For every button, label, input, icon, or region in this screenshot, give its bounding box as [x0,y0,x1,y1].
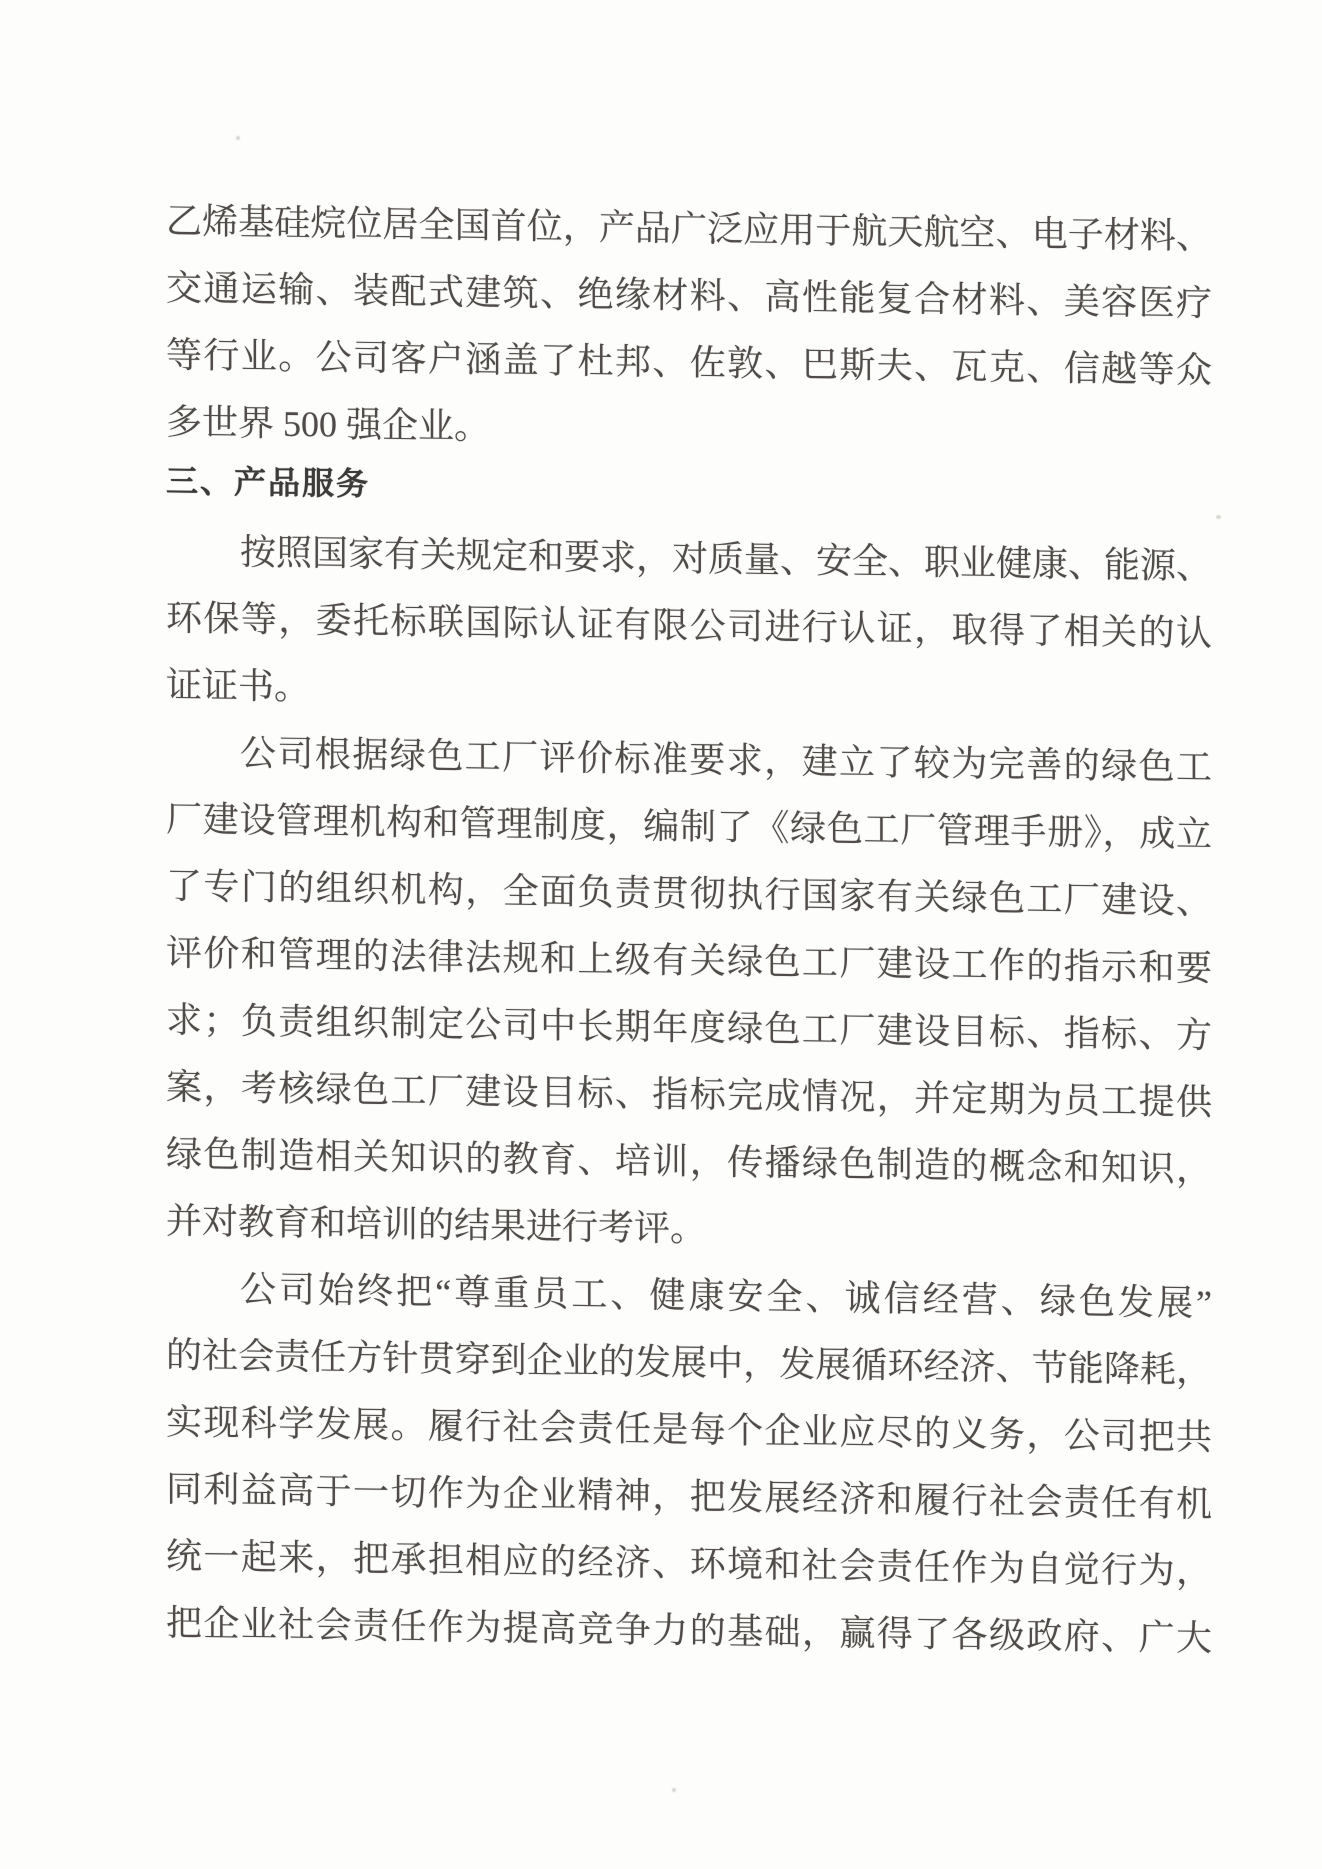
document-body: 乙烯基硅烷位居全国首位，产品广泛应用于航天航空、电子材料、交通运输、装配式建筑、… [166,188,1212,1673]
scan-speck [1216,515,1221,519]
paragraph: 按照国家有关规定和要求，对质量、安全、职业健康、能源、环保等，委托标联国际认证有… [166,518,1212,735]
paragraph: 公司根据绿色工厂评价标准要求，建立了较为完善的绿色工厂建设管理机构和管理制度，编… [166,719,1212,1271]
paragraph: 乙烯基硅烷位居全国首位，产品广泛应用于航天航空、电子材料、交通运输、装配式建筑、… [166,188,1212,472]
paragraph: 公司始终把“尊重员工、健康安全、诚信经营、绿色发展”的社会责任方针贯穿到企业的发… [166,1255,1212,1673]
scan-speck [236,136,240,140]
text-line: 把企业社会责任作为提高竞争力的基础，赢得了各级政府、广大 [166,1590,1212,1673]
document-page: 乙烯基硅烷位居全国首位，产品广泛应用于航天航空、电子材料、交通运输、装配式建筑、… [0,0,1322,1869]
scan-speck [672,1788,676,1792]
